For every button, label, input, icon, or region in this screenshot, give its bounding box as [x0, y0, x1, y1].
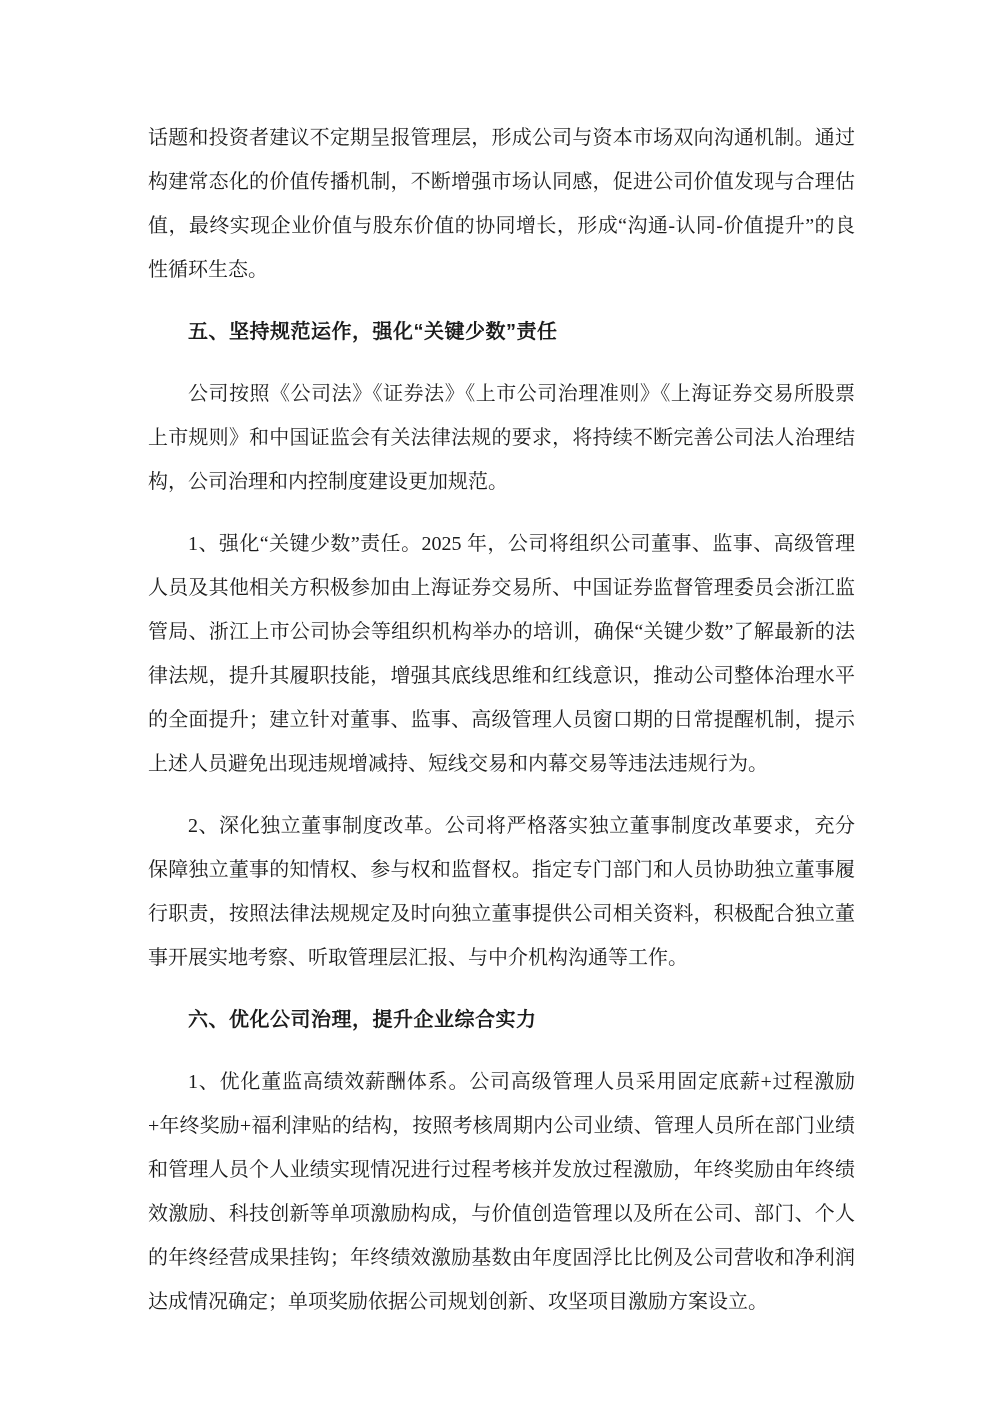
paragraph-compliance-laws: 公司按照《公司法》《证券法》《上市公司治理准则》《上海证券交易所股票上市规则》和…	[148, 372, 855, 504]
paragraph-performance-compensation-system: 1、优化董监高绩效薪酬体系。公司高级管理人员采用固定底薪+过程激励+年终奖励+福…	[148, 1060, 855, 1324]
section-heading-six: 六、优化公司治理，提升企业综合实力	[148, 998, 855, 1042]
document-page: 话题和投资者建议不定期呈报管理层，形成公司与资本市场双向沟通机制。通过构建常态化…	[0, 0, 1000, 1414]
paragraph-independent-director-reform: 2、深化独立董事制度改革。公司将严格落实独立董事制度改革要求，充分保障独立董事的…	[148, 804, 855, 980]
section-heading-five: 五、坚持规范运作，强化“关键少数”责任	[148, 310, 855, 354]
paragraph-communication-mechanism: 话题和投资者建议不定期呈报管理层，形成公司与资本市场双向沟通机制。通过构建常态化…	[148, 116, 855, 292]
paragraph-key-minority-responsibility: 1、强化“关键少数”责任。2025 年，公司将组织公司董事、监事、高级管理人员及…	[148, 522, 855, 786]
